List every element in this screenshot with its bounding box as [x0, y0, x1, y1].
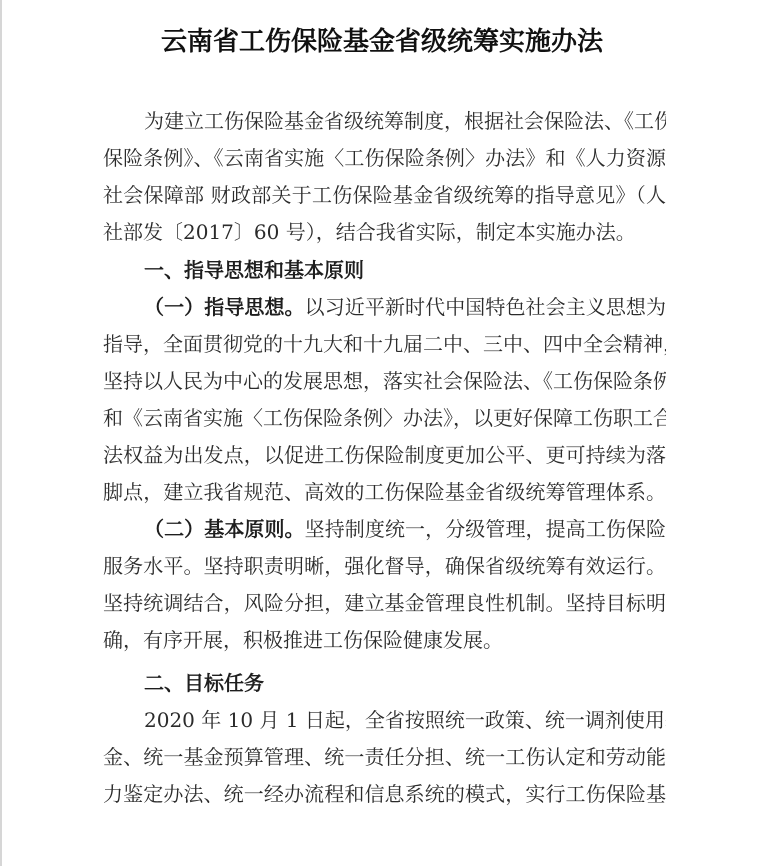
subsection-2-line-4: 确，有序开展，积极推进工伤保险健康发展。: [103, 622, 666, 659]
subsection-2-label: （二）基本原则。: [144, 517, 305, 541]
subsection-1-line-6: 脚点，建立我省规范、高效的工伤保险基金省级统筹管理体系。: [103, 474, 666, 511]
subsection-2-line-3: 坚持统调结合，风险分担，建立基金管理良性机制。坚持目标明: [103, 585, 666, 622]
subsection-1-line-5: 法权益为出发点，以促进工伤保险制度更加公平、更可持续为落: [103, 437, 666, 474]
section-1-heading: 一、指导思想和基本原则: [144, 252, 364, 289]
subsection-1-line-3: 坚持以人民为中心的发展思想，落实社会保险法、《工伤保险条例》: [103, 363, 666, 400]
section-2-line-1: 2020 年 10 月 1 日起，全省按照统一政策、统一调剂使用基: [144, 702, 666, 739]
preamble-line-3: 社会保障部 财政部关于工伤保险基金省级统筹的指导意见》（人: [103, 177, 666, 214]
subsection-1-label: （一）指导思想。: [144, 295, 305, 319]
preamble-line-4: 社部发〔2017〕60 号），结合我省实际，制定本实施办法。: [103, 214, 666, 251]
preamble-line-1: 为建立工伤保险基金省级统筹制度，根据社会保险法、《工伤: [144, 103, 666, 140]
document-title: 云南省工伤保险基金省级统筹实施办法: [2, 24, 760, 60]
preamble-line-2: 保险条例》、《云南省实施〈工伤保险条例〉办法》和《人力资源: [103, 140, 666, 177]
section-2-line-2: 金、统一基金预算管理、统一责任分担、统一工伤认定和劳动能: [103, 739, 666, 776]
subsection-1-line-1: （一）指导思想。以习近平新时代中国特色社会主义思想为: [144, 289, 666, 326]
subsection-2-line-1: （二）基本原则。坚持制度统一，分级管理，提高工伤保险: [144, 511, 666, 548]
section-2-heading: 二、目标任务: [144, 665, 264, 702]
subsection-2-line-2: 服务水平。坚持职责明晰，强化督导，确保省级统筹有效运行。: [103, 548, 666, 585]
subsection-2-text: 坚持制度统一，分级管理，提高工伤保险: [305, 517, 666, 541]
subsection-1-text: 以习近平新时代中国特色社会主义思想为: [305, 295, 666, 319]
subsection-1-line-4: 和《云南省实施〈工伤保险条例〉办法》，以更好保障工伤职工合: [103, 400, 666, 437]
document-page: 云南省工伤保险基金省级统筹实施办法 为建立工伤保险基金省级统筹制度，根据社会保险…: [0, 0, 760, 866]
section-2-line-3: 力鉴定办法、统一经办流程和信息系统的模式，实行工伤保险基: [103, 776, 666, 813]
subsection-1-line-2: 指导，全面贯彻党的十九大和十九届二中、三中、四中全会精神，: [103, 326, 666, 363]
